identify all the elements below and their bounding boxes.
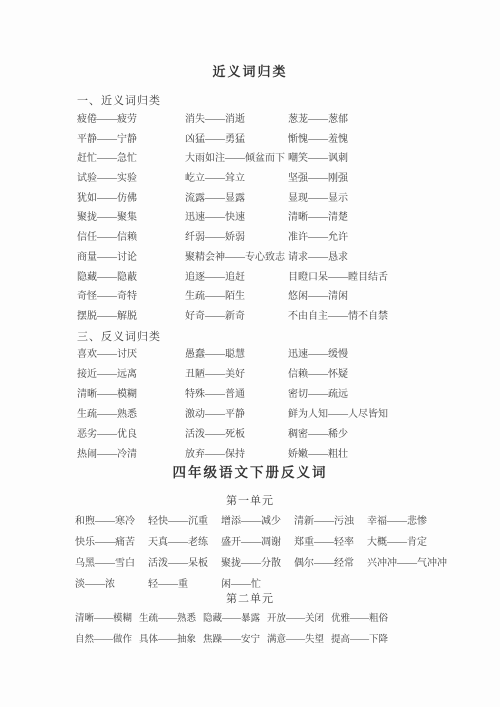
word-pair: 满意——失望 — [267, 633, 331, 647]
word-pair: 纤弱——娇弱 — [185, 231, 288, 245]
word-pair: 娇嫩——粗壮 — [288, 448, 500, 462]
word-pair: 显现——显示 — [288, 192, 500, 206]
word-pair: 轻——重 — [148, 578, 221, 592]
word-pair: 天真——老练 — [148, 536, 221, 550]
word-pair-row: 信任——信赖纤弱——娇弱准许——允许 — [77, 231, 500, 245]
word-pair: 隐藏——暴露 — [203, 612, 267, 626]
word-pair: 焦躁——安宁 — [203, 633, 267, 647]
word-pair: 葱茏——葱郁 — [288, 113, 500, 127]
word-pair: 惭愧——羞愧 — [288, 133, 500, 147]
word-pair: 信赖——怀疑 — [288, 368, 500, 382]
word-pair: 开放——关闭 — [267, 612, 331, 626]
word-pair: 聚拢——分散 — [221, 557, 294, 571]
word-pair: 活泼——呆板 — [148, 557, 221, 571]
word-pair: 鲜为人知——人尽皆知 — [288, 408, 500, 422]
word-pair-row: 恶劣——优良活泼——死板稠密——稀少 — [77, 428, 500, 442]
word-pair: 消失——消逝 — [185, 113, 288, 127]
word-pair: 清晰——清楚 — [288, 211, 500, 225]
word-pair: 热闹——冷清 — [77, 448, 185, 462]
word-pair-row: 清晰——模糊生疏——熟悉隐藏——暴露开放——关闭优雅——粗俗 — [75, 612, 500, 626]
word-pair: 特殊——普通 — [185, 388, 288, 402]
word-pair: 郑重——轻率 — [294, 536, 367, 550]
word-pair-row: 犹如——仿佛流露——显露显现——显示 — [77, 192, 500, 206]
word-pair: 喜欢——讨厌 — [77, 348, 185, 362]
word-pair-row: 接近——远离丑陋——美好信赖——怀疑 — [77, 368, 500, 382]
word-pair: 嘲笑——讽刺 — [288, 152, 500, 166]
word-pair: 偶尔——经常 — [294, 557, 367, 571]
word-pair: 隐藏——隐蔽 — [77, 271, 185, 285]
unit-2-heading: 第二单元 — [0, 592, 500, 606]
word-pair: 盛开——凋谢 — [221, 536, 294, 550]
word-pair: 请求——恳求 — [288, 251, 500, 265]
word-pair-row: 疲倦——疲劳消失——消逝葱茏——葱郁 — [77, 113, 500, 127]
word-pair: 轻快——沉重 — [148, 515, 221, 529]
word-pair: 奇怪——奇特 — [77, 290, 185, 304]
word-pair: 生疏——熟悉 — [77, 408, 185, 422]
unit-2-word-list: 清晰——模糊生疏——熟悉隐藏——暴露开放——关闭优雅——粗俗自然——做作具体——… — [75, 612, 500, 647]
word-pair: 坚强——刚强 — [288, 172, 500, 186]
word-pair: 增添——减少 — [221, 515, 294, 529]
word-pair-row: 自然——做作具体——抽象焦躁——安宁满意——失望提高——下降 — [75, 633, 500, 647]
document-title: 近义词归类 — [0, 64, 500, 79]
word-pair: 犹如——仿佛 — [77, 192, 185, 206]
word-pair: 活泼——死板 — [185, 428, 288, 442]
document-title-grade4: 四年级语文下册反义词 — [0, 465, 500, 481]
section-heading-synonyms: 一、近义词归类 — [77, 94, 500, 108]
word-pair: 兴冲冲——气冲冲 — [367, 557, 500, 571]
word-pair: 商量——讨论 — [77, 251, 185, 265]
word-pair: 快乐——痛苦 — [75, 536, 148, 550]
word-pair: 恶劣——优良 — [77, 428, 185, 442]
word-pair: 准许——允许 — [288, 231, 500, 245]
word-pair: 清晰——模糊 — [75, 612, 139, 626]
word-pair: 丑陋——美好 — [185, 368, 288, 382]
word-pair-row: 赶忙——急忙大雨如注——倾盆而下嘲笑——讽刺 — [77, 152, 500, 166]
word-pair-row: 平静——宁静凶猛——勇猛惭愧——羞愧 — [77, 133, 500, 147]
word-pair: 平静——宁静 — [77, 133, 185, 147]
synonym-word-list: 疲倦——疲劳消失——消逝葱茏——葱郁平静——宁静凶猛——勇猛惭愧——羞愧赶忙——… — [77, 113, 500, 324]
word-pair: 流露——显露 — [185, 192, 288, 206]
word-pair: 试验——实验 — [77, 172, 185, 186]
word-pair: 好奇——新奇 — [185, 310, 288, 324]
unit-1-word-list: 和煦——寒冷轻快——沉重增添——减少清新——污浊幸福——悲惨快乐——痛苦天真——… — [75, 515, 500, 592]
word-pair: 淡——浓 — [75, 578, 148, 592]
word-pair: 闲——忙 — [221, 578, 500, 592]
word-pair-row: 奇怪——奇特生疏——陌生悠闲——清闲 — [77, 290, 500, 304]
word-pair: 疲倦——疲劳 — [77, 113, 185, 127]
word-pair-row: 摆脱——解脱好奇——新奇不由自主——情不自禁 — [77, 310, 500, 324]
word-pair: 不由自主——情不自禁 — [288, 310, 500, 324]
word-pair-row: 热闹——冷清放弃——保持娇嫩——粗壮 — [77, 448, 500, 462]
word-pair-row: 商量——讨论聚精会神——专心致志请求——恳求 — [77, 251, 500, 265]
document-page: 近义词归类 一、近义词归类 疲倦——疲劳消失——消逝葱茏——葱郁平静——宁静凶猛… — [0, 0, 500, 707]
word-pair: 稠密——稀少 — [288, 428, 500, 442]
unit-1-heading: 第一单元 — [0, 494, 500, 508]
word-pair: 大雨如注——倾盆而下 — [185, 152, 288, 166]
word-pair: 生疏——熟悉 — [139, 612, 203, 626]
word-pair: 清新——污浊 — [294, 515, 367, 529]
word-pair-row: 喜欢——讨厌愚蠢——聪慧迅速——缓慢 — [77, 348, 500, 362]
word-pair: 激动——平静 — [185, 408, 288, 422]
word-pair: 清晰——模糊 — [77, 388, 185, 402]
word-pair-row: 聚拢——聚集迅速——快速清晰——清楚 — [77, 211, 500, 225]
word-pair: 屹立——耸立 — [185, 172, 288, 186]
word-pair-row: 试验——实验屹立——耸立坚强——刚强 — [77, 172, 500, 186]
word-pair: 目瞪口呆——瞠目结舌 — [288, 271, 500, 285]
word-pair: 自然——做作 — [75, 633, 139, 647]
word-pair: 具体——抽象 — [139, 633, 203, 647]
word-pair: 迅速——快速 — [185, 211, 288, 225]
word-pair: 放弃——保持 — [185, 448, 288, 462]
word-pair-row: 生疏——熟悉激动——平静鲜为人知——人尽皆知 — [77, 408, 500, 422]
word-pair: 摆脱——解脱 — [77, 310, 185, 324]
word-pair: 信任——信赖 — [77, 231, 185, 245]
word-pair: 聚拢——聚集 — [77, 211, 185, 225]
word-pair: 赶忙——急忙 — [77, 152, 185, 166]
word-pair: 聚精会神——专心致志 — [185, 251, 288, 265]
word-pair: 迅速——缓慢 — [288, 348, 500, 362]
word-pair: 提高——下降 — [331, 633, 500, 647]
word-pair: 愚蠢——聪慧 — [185, 348, 288, 362]
word-pair: 悠闲——清闲 — [288, 290, 500, 304]
word-pair: 密切——疏远 — [288, 388, 500, 402]
word-pair-row: 清晰——模糊特殊——普通密切——疏远 — [77, 388, 500, 402]
word-pair-row: 淡——浓轻——重闲——忙 — [75, 578, 500, 592]
word-pair-row: 乌黑——雪白活泼——呆板聚拢——分散偶尔——经常兴冲冲——气冲冲 — [75, 557, 500, 571]
word-pair: 幸福——悲惨 — [367, 515, 500, 529]
antonym-word-list: 喜欢——讨厌愚蠢——聪慧迅速——缓慢接近——远离丑陋——美好信赖——怀疑清晰——… — [77, 348, 500, 462]
word-pair-row: 隐藏——隐蔽追逐——追赶目瞪口呆——瞠目结舌 — [77, 271, 500, 285]
word-pair: 乌黑——雪白 — [75, 557, 148, 571]
word-pair-row: 和煦——寒冷轻快——沉重增添——减少清新——污浊幸福——悲惨 — [75, 515, 500, 529]
word-pair: 生疏——陌生 — [185, 290, 288, 304]
word-pair: 追逐——追赶 — [185, 271, 288, 285]
word-pair: 大概——肯定 — [367, 536, 500, 550]
section-heading-antonyms: 三、反义词归类 — [77, 330, 500, 344]
word-pair: 优雅——粗俗 — [331, 612, 500, 626]
word-pair: 和煦——寒冷 — [75, 515, 148, 529]
word-pair: 凶猛——勇猛 — [185, 133, 288, 147]
word-pair: 接近——远离 — [77, 368, 185, 382]
word-pair-row: 快乐——痛苦天真——老练盛开——凋谢郑重——轻率大概——肯定 — [75, 536, 500, 550]
